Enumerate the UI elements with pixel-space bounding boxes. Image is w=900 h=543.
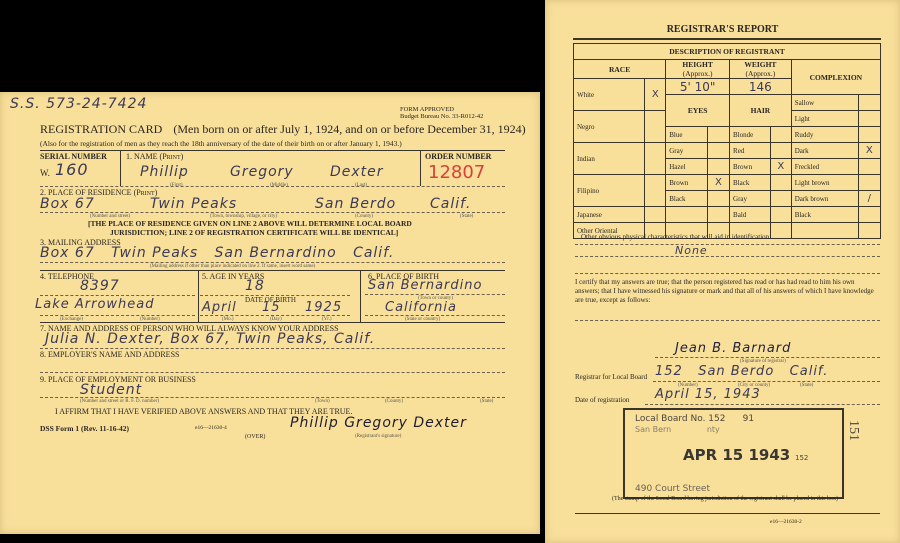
stamp-address: 490 Court Street <box>635 484 710 494</box>
order-value: 12807 <box>428 162 485 183</box>
race-negro-mark <box>645 111 666 143</box>
other-characteristics-label: Other obvious physical characteristics t… <box>581 233 769 241</box>
date-label: Date of registration <box>575 396 629 404</box>
stamp-line-1: Local Board No. 152 91 <box>635 414 754 424</box>
hair-blonde-mark <box>770 127 791 143</box>
certify-text: I certify that my answers are true; that… <box>575 278 880 305</box>
employment-value: Student <box>80 382 142 398</box>
hair-blonde: Blonde <box>730 127 771 143</box>
form-title: REGISTRATION CARD (Men born on or after … <box>40 122 526 137</box>
residence-state: Calif. <box>430 196 471 212</box>
mailing-value: Box 67 Twin Peaks San Bernardino Calif. <box>40 245 394 261</box>
budget-bureau: Budget Bureau No. 33-R012-42 <box>400 113 483 120</box>
hair-red-mark <box>770 143 791 159</box>
registration-card-front: S.S. 573-24-7424 FORM APPROVED Budget Bu… <box>0 92 540 534</box>
name-first: Phillip <box>140 164 189 180</box>
jurisdiction-note-1: [THE PLACE OF RESIDENCE GIVEN ON LINE 2 … <box>88 219 412 228</box>
mailing-sub: (Mailing address if other than place ind… <box>150 264 315 269</box>
board-state-sub: (State) <box>800 383 813 388</box>
hair-brown-mark: X <box>770 159 791 175</box>
eyes-black-mark <box>707 191 729 207</box>
race-negro: Negro <box>574 111 645 143</box>
stamp-note: (The stamp of the Local Board having jur… <box>605 496 845 502</box>
ss-number: S.S. 573-24-7424 <box>10 96 147 112</box>
jurisdiction-note-2: JURISDICTION; LINE 2 OF REGISTRATION CER… <box>110 228 398 237</box>
emp-county-sub: (County) <box>385 399 403 404</box>
complexion-dark-mark: X <box>858 143 880 159</box>
height-header: HEIGHT(Approx.) <box>666 60 730 79</box>
hair-brown: Brown <box>730 159 771 175</box>
complexion-ruddy-mark <box>858 127 880 143</box>
eyes-blue-mark <box>707 127 729 143</box>
dob-month: April <box>202 300 237 315</box>
weight-value: 146 <box>730 79 792 95</box>
race-japanese: Japanese <box>574 207 645 223</box>
race-japanese-mark <box>645 207 666 223</box>
race-indian-mark <box>645 143 666 175</box>
desc-header: DESCRIPTION OF REGISTRANT <box>574 44 881 60</box>
form-id: DSS Form 1 (Rev. 11-16-42) <box>40 424 129 433</box>
front-print-code: e16—21630-4 <box>195 425 227 431</box>
hair-bald-mark <box>770 207 791 223</box>
telephone-number: 8397 <box>80 278 120 294</box>
stamp-side-number: 152 <box>795 454 808 462</box>
title: REGISTRATION CARD <box>40 122 162 136</box>
stamp-vertical-number: 151 <box>845 420 861 441</box>
employer-label: 8. EMPLOYER'S NAME AND ADDRESS <box>40 350 179 359</box>
back-print-code: e16—21630-2 <box>770 519 802 525</box>
emp-street-sub: (Number and street or R. F. D. number) <box>80 399 159 404</box>
registrar-board-value: 152 San Berdo Calif. <box>655 364 828 379</box>
subtitle: (Men born on or after July 1, 1924, and … <box>173 122 525 136</box>
emp-state-sub: (State) <box>480 399 493 404</box>
complexion-freckled: Freckled <box>791 159 858 175</box>
eyes-hazel-mark <box>707 159 729 175</box>
date-value: April 15, 1943 <box>655 387 761 402</box>
complexion-header: COMPLEXION <box>791 60 880 95</box>
eyes-black: Black <box>666 191 708 207</box>
complexion-dark: Dark <box>791 143 858 159</box>
signature-sub: (Registrant's signature) <box>355 434 401 439</box>
name-last: Dexter <box>330 164 384 180</box>
residence-street: Box 67 <box>40 196 95 212</box>
race-filipino-mark <box>645 175 666 207</box>
complexion-black: Black <box>791 207 858 223</box>
eyes-header: EYES <box>666 95 730 127</box>
race-white: White <box>574 79 645 111</box>
form-approved: FORM APPROVED <box>400 106 454 113</box>
eyes-brown: Brown <box>666 175 708 191</box>
height-value: 5' 10" <box>666 79 730 95</box>
eyes-hazel: Hazel <box>666 159 708 175</box>
also-note: (Also for the registration of men as the… <box>40 139 402 148</box>
race-white-mark: X <box>645 79 666 111</box>
eyes-brown-mark: X <box>707 175 729 191</box>
state-sub: (State) <box>460 214 473 219</box>
hair-header: HAIR <box>730 95 792 127</box>
complexion-sallow: Sallow <box>791 95 858 111</box>
hair-gray: Gray <box>730 191 771 207</box>
contact-value: Julia N. Dexter, Box 67, Twin Peaks, Cal… <box>45 331 375 347</box>
weight-header: WEIGHT(Approx.) <box>730 60 792 79</box>
stamp-line-2: San Bern nty <box>635 425 720 434</box>
local-board-stamp: Local Board No. 152 91 San Bern nty APR … <box>623 408 844 499</box>
description-table: DESCRIPTION OF REGISTRANT RACE HEIGHT(Ap… <box>573 43 881 239</box>
race-indian: Indian <box>574 143 645 175</box>
dob-year: 1925 <box>305 300 342 315</box>
age-value: 18 <box>245 278 265 294</box>
name-label: 1. NAME (Print) <box>126 152 183 161</box>
stamp-date: APR 15 1943 <box>683 446 790 464</box>
hair-red: Red <box>730 143 771 159</box>
complexion-black-mark <box>858 207 880 223</box>
complexion-light-brown: Light brown <box>791 175 858 191</box>
eyes-gray-mark <box>707 143 729 159</box>
race-filipino: Filipino <box>574 175 645 207</box>
order-label: ORDER NUMBER <box>425 152 491 161</box>
registrar-signature: Jean B. Barnard <box>675 341 791 356</box>
telephone-exchange: Lake Arrowhead <box>35 297 155 312</box>
serial-value: 160 <box>55 160 89 179</box>
hair-black: Black <box>730 175 771 191</box>
complexion-dark-brown-mark: / <box>858 191 880 207</box>
registrar-report-title: REGISTRAR'S REPORT <box>545 24 900 35</box>
complexion-freckled-mark <box>858 159 880 175</box>
hair-gray-mark <box>770 191 791 207</box>
over-label: (OVER) <box>245 434 265 440</box>
complexion-light: Light <box>791 111 858 127</box>
birthplace-state: California <box>385 300 457 315</box>
emp-town-sub: (Town) <box>315 399 330 404</box>
complexion-ruddy: Ruddy <box>791 127 858 143</box>
eyes-blue: Blue <box>666 127 708 143</box>
complexion-light-brown-mark <box>858 175 880 191</box>
residence-county: San Berdo <box>315 196 396 212</box>
hair-bald: Bald <box>730 207 771 223</box>
complexion-sallow-mark <box>858 95 880 111</box>
residence-town: Twin Peaks <box>150 196 237 212</box>
complexion-dark-brown: Dark brown <box>791 191 858 207</box>
name-middle: Gregory <box>230 164 294 180</box>
registrant-signature: Phillip Gregory Dexter <box>290 415 467 431</box>
hair-black-mark <box>770 175 791 191</box>
dob-day: 15 <box>262 300 281 315</box>
registration-card-back: REGISTRAR'S REPORT DESCRIPTION OF REGIST… <box>545 0 900 543</box>
birthplace-town: San Bernardino <box>368 278 482 293</box>
registrar-board-label: Registrar for Local Board <box>575 373 647 381</box>
eyes-gray: Gray <box>666 143 708 159</box>
serial-prefix: W. <box>40 168 50 178</box>
race-header: RACE <box>574 60 666 79</box>
complexion-light-mark <box>858 111 880 127</box>
